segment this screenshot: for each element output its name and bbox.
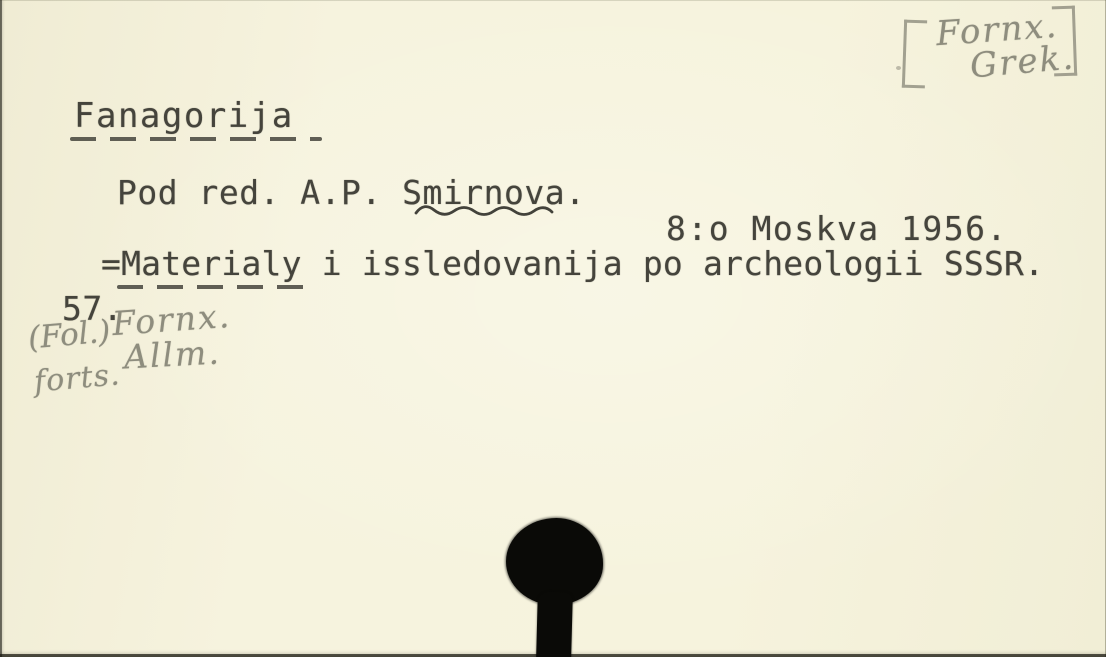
annotation-continuation: forts. — [33, 357, 122, 399]
pencil-speck — [896, 66, 901, 70]
title-dashed-underline — [70, 137, 322, 141]
series-dashed-underline — [117, 285, 313, 289]
bracket-left-icon — [902, 20, 927, 89]
catalog-card: Fornx. Grek. Fanagorija Pod red. A.P. Sm… — [0, 0, 1106, 657]
series-line: =Materialy i issledovanija po archeologi… — [101, 247, 1044, 282]
imprint-line: 8:o Moskva 1956. — [666, 212, 1008, 247]
annotation-format: (Fol.) — [27, 313, 112, 356]
wavy-underline-icon — [414, 201, 554, 219]
card-title: Fanagorija — [74, 99, 294, 135]
annotation-subdivision: Allm. — [123, 332, 222, 376]
hole-punch-slot — [536, 592, 573, 657]
bracket-right-icon — [1052, 6, 1077, 77]
